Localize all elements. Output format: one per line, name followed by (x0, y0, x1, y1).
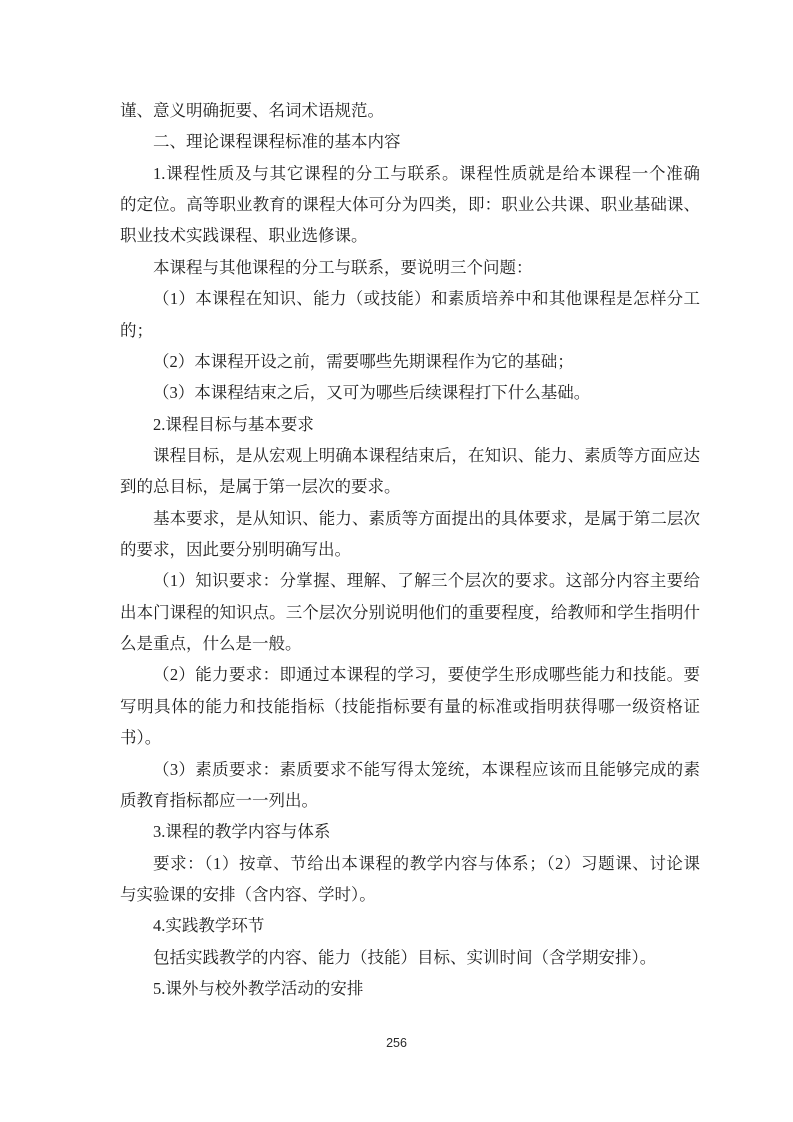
text-line: 课程目标，是从宏观上明确本课程结束后，在知识、能力、素质等方面应达 (120, 440, 700, 471)
document-content: 谨、意义明确扼要、名词术语规范。二、理论课程课程标准的基本内容1.课程性质及与其… (120, 95, 700, 1004)
text-line: 谨、意义明确扼要、名词术语规范。 (120, 95, 700, 126)
text-line: 出本门课程的知识点。三个层次分别说明他们的重要程度，给教师和学生指明什 (120, 597, 700, 628)
text-line: 的要求，因此要分别明确写出。 (120, 534, 700, 565)
text-line: 二、理论课程课程标准的基本内容 (120, 126, 700, 157)
text-line: 3.课程的教学内容与体系 (120, 816, 700, 847)
text-line: 的定位。高等职业教育的课程大体可分为四类，即：职业公共课、职业基础课、 (120, 189, 700, 220)
text-line: 基本要求，是从知识、能力、素质等方面提出的具体要求，是属于第二层次 (120, 503, 700, 534)
text-line: （1）本课程在知识、能力（或技能）和素质培养中和其他课程是怎样分工 (120, 283, 700, 314)
text-line: 1.课程性质及与其它课程的分工与联系。课程性质就是给本课程一个准确 (120, 158, 700, 189)
text-line: （3）本课程结束之后，又可为哪些后续课程打下什么基础。 (120, 377, 700, 408)
text-line: 么是重点，什么是一般。 (120, 628, 700, 659)
text-line: 到的总目标，是属于第一层次的要求。 (120, 471, 700, 502)
text-line: （3）素质要求：素质要求不能写得太笼统，本课程应该而且能够完成的素 (120, 754, 700, 785)
text-line: 写明具体的能力和技能指标（技能指标要有量的标准或指明获得哪一级资格证 (120, 691, 700, 722)
text-line: （2）本课程开设之前，需要哪些先期课程作为它的基础； (120, 346, 700, 377)
text-line: 与实验课的安排（含内容、学时）。 (120, 879, 700, 910)
text-line: （1）知识要求：分掌握、理解、了解三个层次的要求。这部分内容主要给 (120, 565, 700, 596)
text-line: 的； (120, 315, 700, 346)
text-line: （2）能力要求：即通过本课程的学习，要使学生形成哪些能力和技能。要 (120, 659, 700, 690)
text-line: 2.课程目标与基本要求 (120, 409, 700, 440)
text-line: 4.实践教学环节 (120, 910, 700, 941)
page-number: 256 (0, 1036, 793, 1050)
document-page: 谨、意义明确扼要、名词术语规范。二、理论课程课程标准的基本内容1.课程性质及与其… (0, 0, 793, 1122)
text-line: 要求：（1）按章、节给出本课程的教学内容与体系；（2）习题课、讨论课 (120, 848, 700, 879)
text-line: 书）。 (120, 722, 700, 753)
text-line: 本课程与其他课程的分工与联系，要说明三个问题： (120, 252, 700, 283)
text-line: 5.课外与校外教学活动的安排 (120, 973, 700, 1004)
text-line: 质教育指标都应一一列出。 (120, 785, 700, 816)
text-line: 职业技术实践课程、职业选修课。 (120, 220, 700, 251)
text-line: 包括实践教学的内容、能力（技能）目标、实训时间（含学期安排）。 (120, 942, 700, 973)
